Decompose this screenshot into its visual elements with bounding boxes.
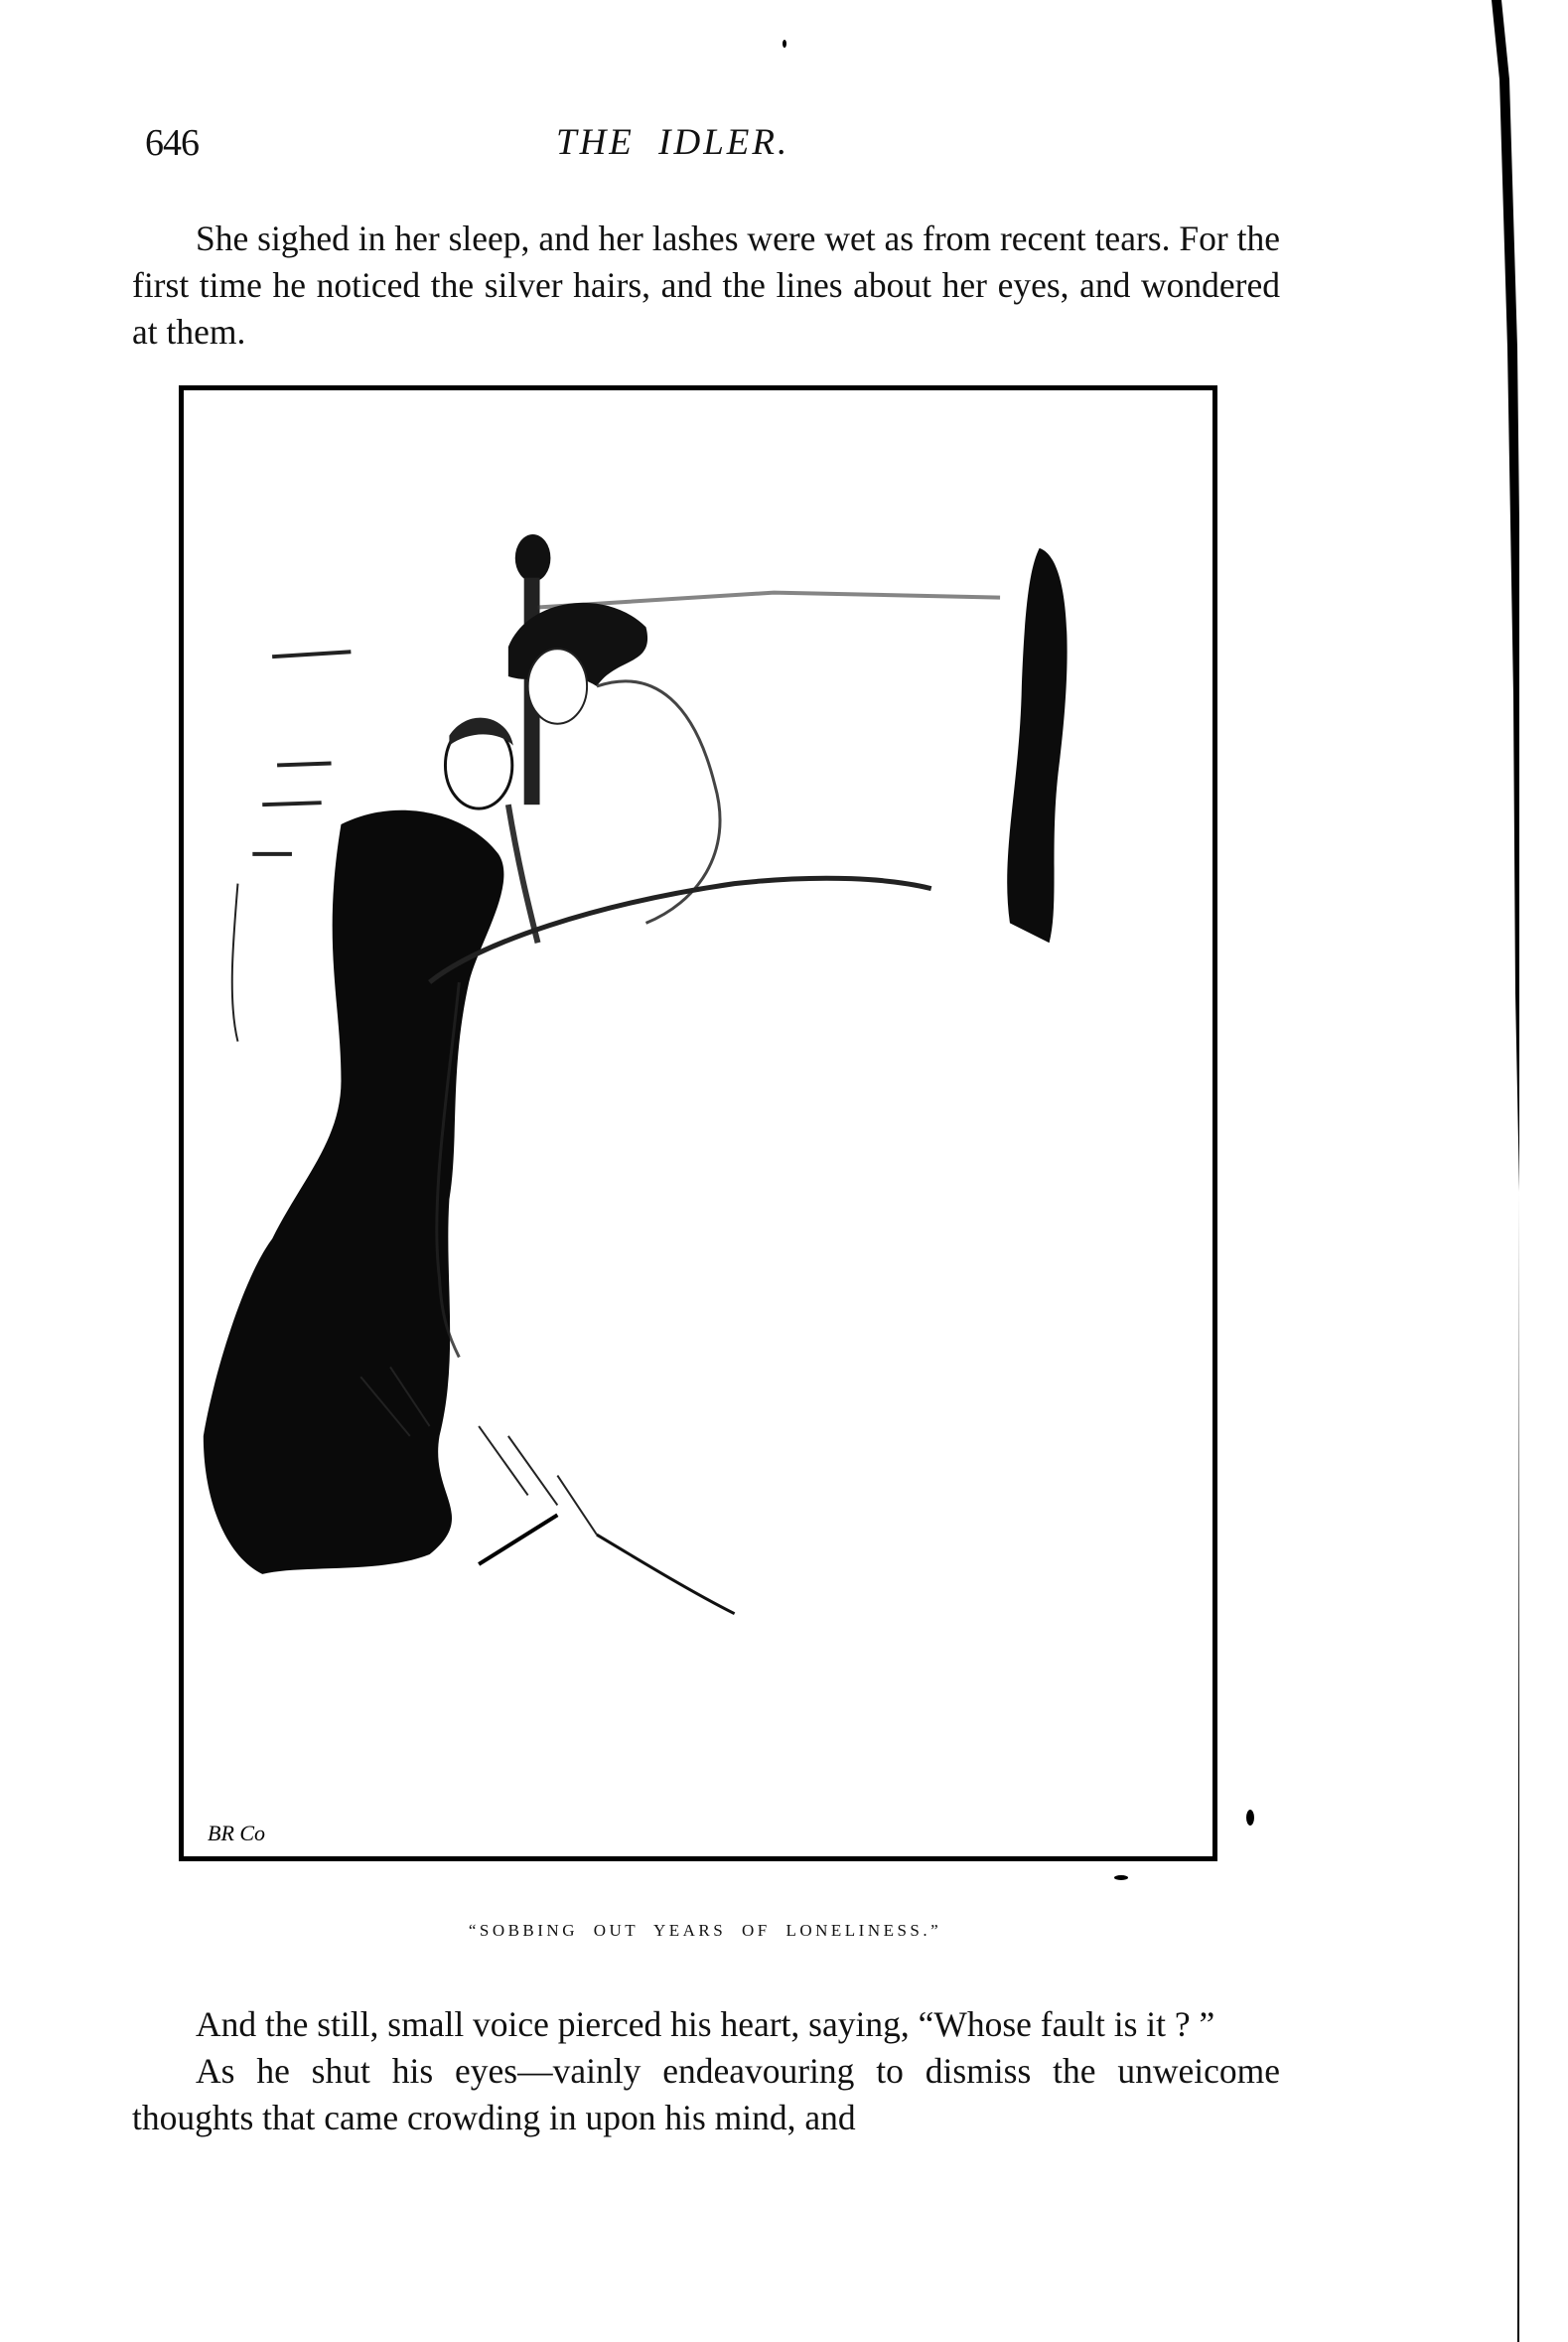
ink-speck bbox=[1246, 1810, 1254, 1826]
paragraph: She sighed in her sleep, and her lashes … bbox=[132, 216, 1280, 356]
paragraph-top: She sighed in her sleep, and her lashes … bbox=[132, 216, 1280, 356]
paragraph-bottom: And the still, small voice pierced his h… bbox=[132, 2001, 1280, 2141]
running-head: THE IDLER. bbox=[556, 121, 789, 164]
page-gutter-shadow bbox=[1480, 0, 1519, 2342]
ink-speck bbox=[783, 40, 786, 48]
illustration: BR Co bbox=[179, 385, 1217, 1861]
paragraph: As he shut his eyes—vainly endeavouring … bbox=[132, 2048, 1280, 2141]
artist-monogram: BR Co bbox=[208, 1825, 265, 1842]
paragraph: And the still, small voice pierced his h… bbox=[132, 2001, 1280, 2048]
illustration-art bbox=[184, 390, 1212, 1856]
ink-speck bbox=[1114, 1875, 1128, 1880]
figure-caption: “SOBBING OUT YEARS OF LONELINESS.” bbox=[0, 1921, 1410, 1941]
page-number: 646 bbox=[145, 121, 199, 165]
